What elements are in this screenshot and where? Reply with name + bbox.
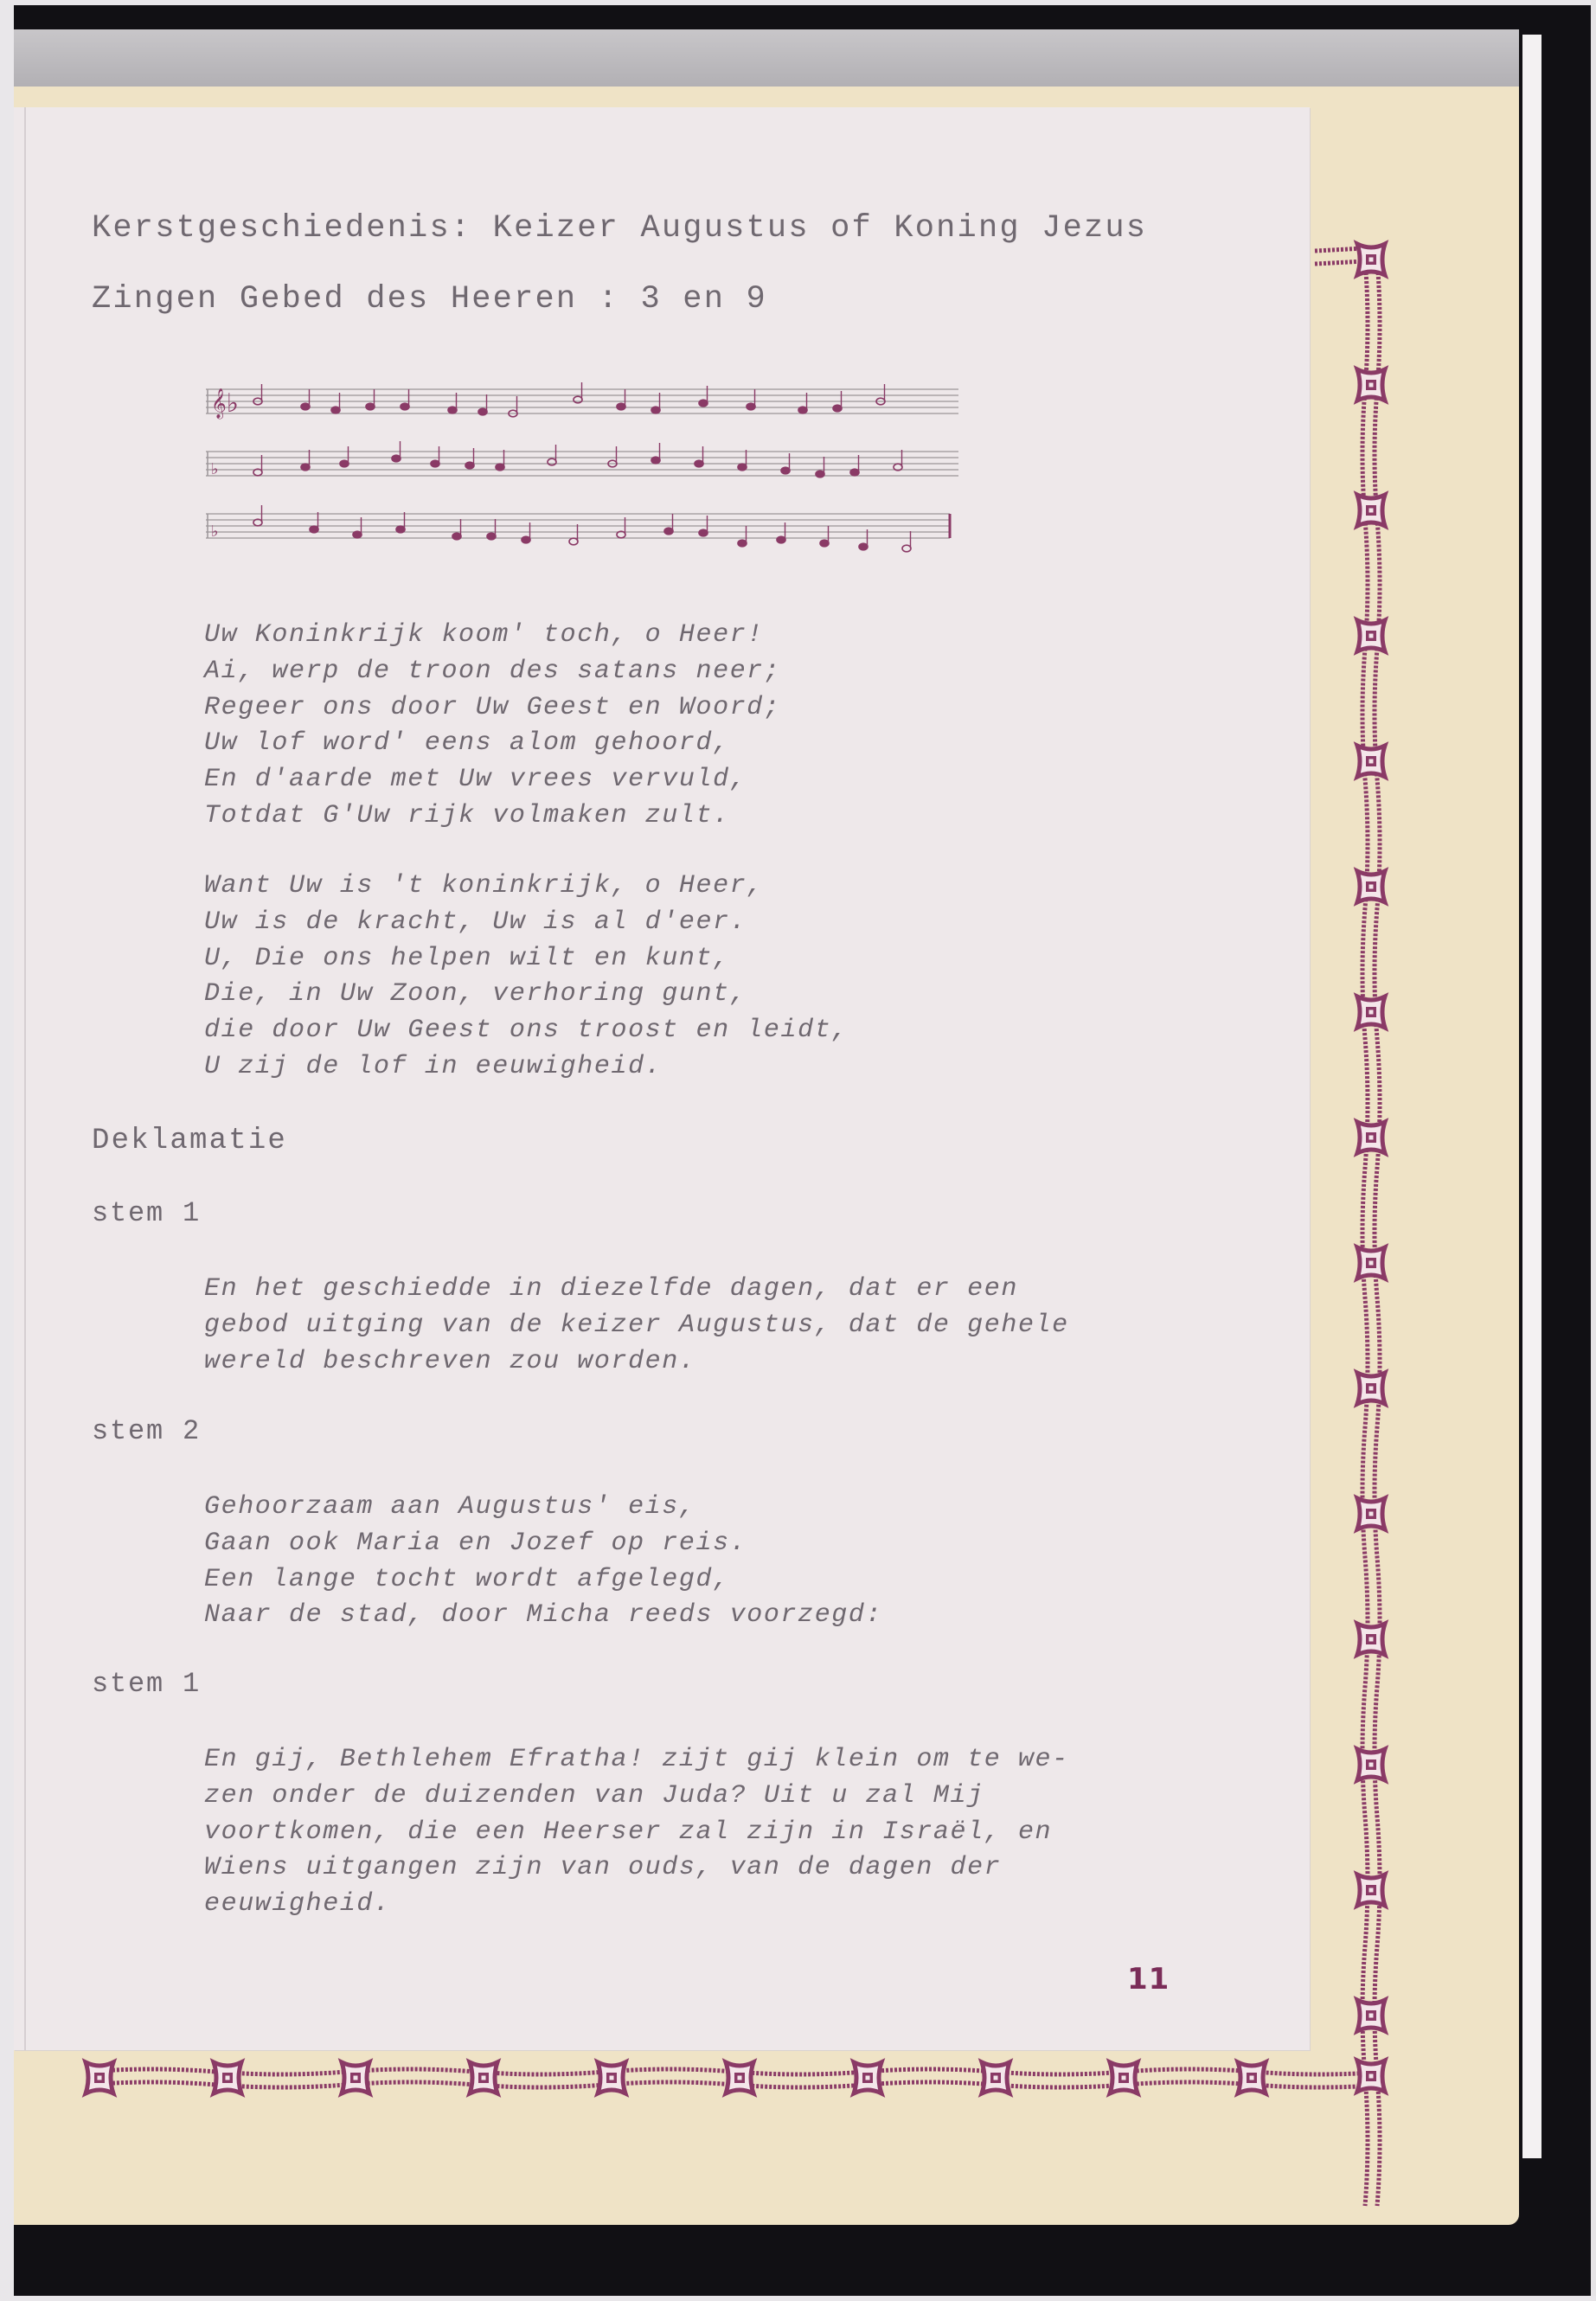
- part-line: En gij, Bethlehem Efratha! zijt gij klei…: [204, 1742, 1069, 1779]
- part-line: wereld beschreven zou worden.: [204, 1344, 1069, 1381]
- song-instruction: Zingen Gebed des Heeren : 3 en 9: [92, 281, 767, 317]
- verse-1: Uw Koninkrijk koom' toch, o Heer!Ai, wer…: [204, 618, 781, 835]
- part-line: gebod uitging van de keizer Augustus, da…: [204, 1308, 1069, 1344]
- verse-line: Regeer ons door Uw Geest en Woord;: [204, 690, 781, 727]
- speaker-label: stem 1: [92, 1668, 201, 1700]
- part-line: Wiens uitgangen zijn van ouds, van de da…: [204, 1850, 1069, 1887]
- verse-line: Totdat G'Uw rijk volmaken zult.: [204, 798, 781, 835]
- part-line: Gehoorzaam aan Augustus' eis,: [204, 1490, 882, 1526]
- document-title: Kerstgeschiedenis: Keizer Augustus of Ko…: [92, 210, 1147, 247]
- verse-line: Uw lof word' eens alom gehoord,: [204, 726, 781, 762]
- music-notation: 𝄞♭♭♭: [206, 381, 958, 554]
- part-text: En gij, Bethlehem Efratha! zijt gij klei…: [204, 1742, 1069, 1923]
- verse-line: Die, in Uw Zoon, verhoring gunt,: [204, 977, 849, 1013]
- speaker-label: stem 2: [92, 1415, 201, 1447]
- book-cover-edge: [14, 29, 1519, 89]
- scan-edge: [0, 0, 14, 2301]
- verse-line: En d'aarde met Uw vrees vervuld,: [204, 762, 781, 798]
- scan-edge: [1591, 0, 1596, 2301]
- part-line: zen onder de duizenden van Juda? Uit u z…: [204, 1779, 1069, 1815]
- part-line: Naar de stad, door Micha reeds voorzegd:: [204, 1598, 882, 1634]
- scan-edge: [0, 0, 1596, 5]
- verse-line: Ai, werp de troon des satans neer;: [204, 654, 781, 690]
- section-heading: Deklamatie: [92, 1125, 287, 1157]
- svg-text:𝄞♭: 𝄞♭: [211, 388, 239, 420]
- verse-2: Want Uw is 't koninkrijk, o Heer,Uw is d…: [204, 868, 849, 1086]
- part-line: En het geschiedde in diezelfde dagen, da…: [204, 1272, 1069, 1308]
- svg-text:♭: ♭: [211, 460, 219, 478]
- part-text: Gehoorzaam aan Augustus' eis,Gaan ook Ma…: [204, 1490, 882, 1634]
- verse-line: die door Uw Geest ons troost en leidt,: [204, 1013, 849, 1049]
- part-line: eeuwigheid.: [204, 1887, 1069, 1923]
- part-text: En het geschiedde in diezelfde dagen, da…: [204, 1272, 1069, 1380]
- scan-edge: [0, 2296, 1596, 2301]
- part-line: Gaan ook Maria en Jozef op reis.: [204, 1526, 882, 1562]
- part-line: voortkomen, die een Heerser zal zijn in …: [204, 1815, 1069, 1851]
- speaker-label: stem 1: [92, 1197, 201, 1229]
- part-line: Een lange tocht wordt afgelegd,: [204, 1562, 882, 1599]
- verse-line: Want Uw is 't koninkrijk, o Heer,: [204, 868, 849, 905]
- page-edge: [1522, 35, 1542, 2158]
- page-number: 11: [1127, 1962, 1170, 1997]
- verse-line: U zij de lof in eeuwigheid.: [204, 1049, 849, 1086]
- verse-line: Uw is de kracht, Uw is al d'eer.: [204, 905, 849, 941]
- verse-line: U, Die ons helpen wilt en kunt,: [204, 941, 849, 977]
- verse-line: Uw Koninkrijk koom' toch, o Heer!: [204, 618, 781, 654]
- svg-text:♭: ♭: [211, 522, 219, 541]
